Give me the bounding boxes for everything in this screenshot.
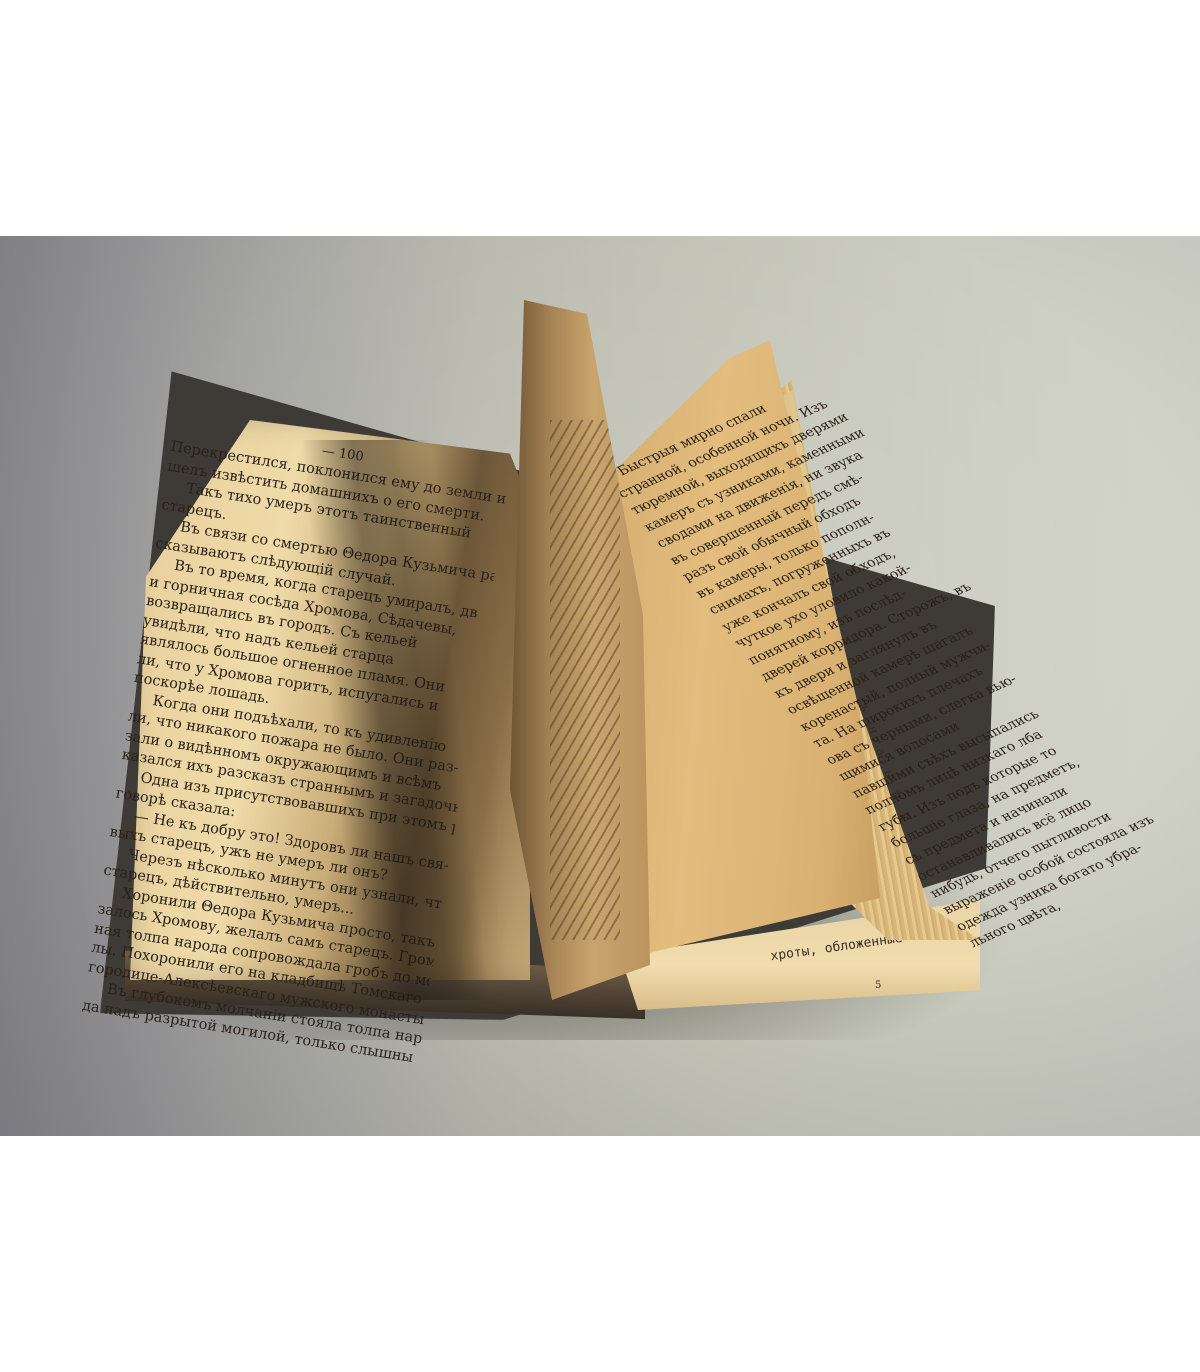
lower-page-text: хроты, обложенные — [770, 931, 904, 964]
leaf-text-texture — [550, 420, 620, 940]
lower-page-number: 5 — [875, 980, 881, 991]
